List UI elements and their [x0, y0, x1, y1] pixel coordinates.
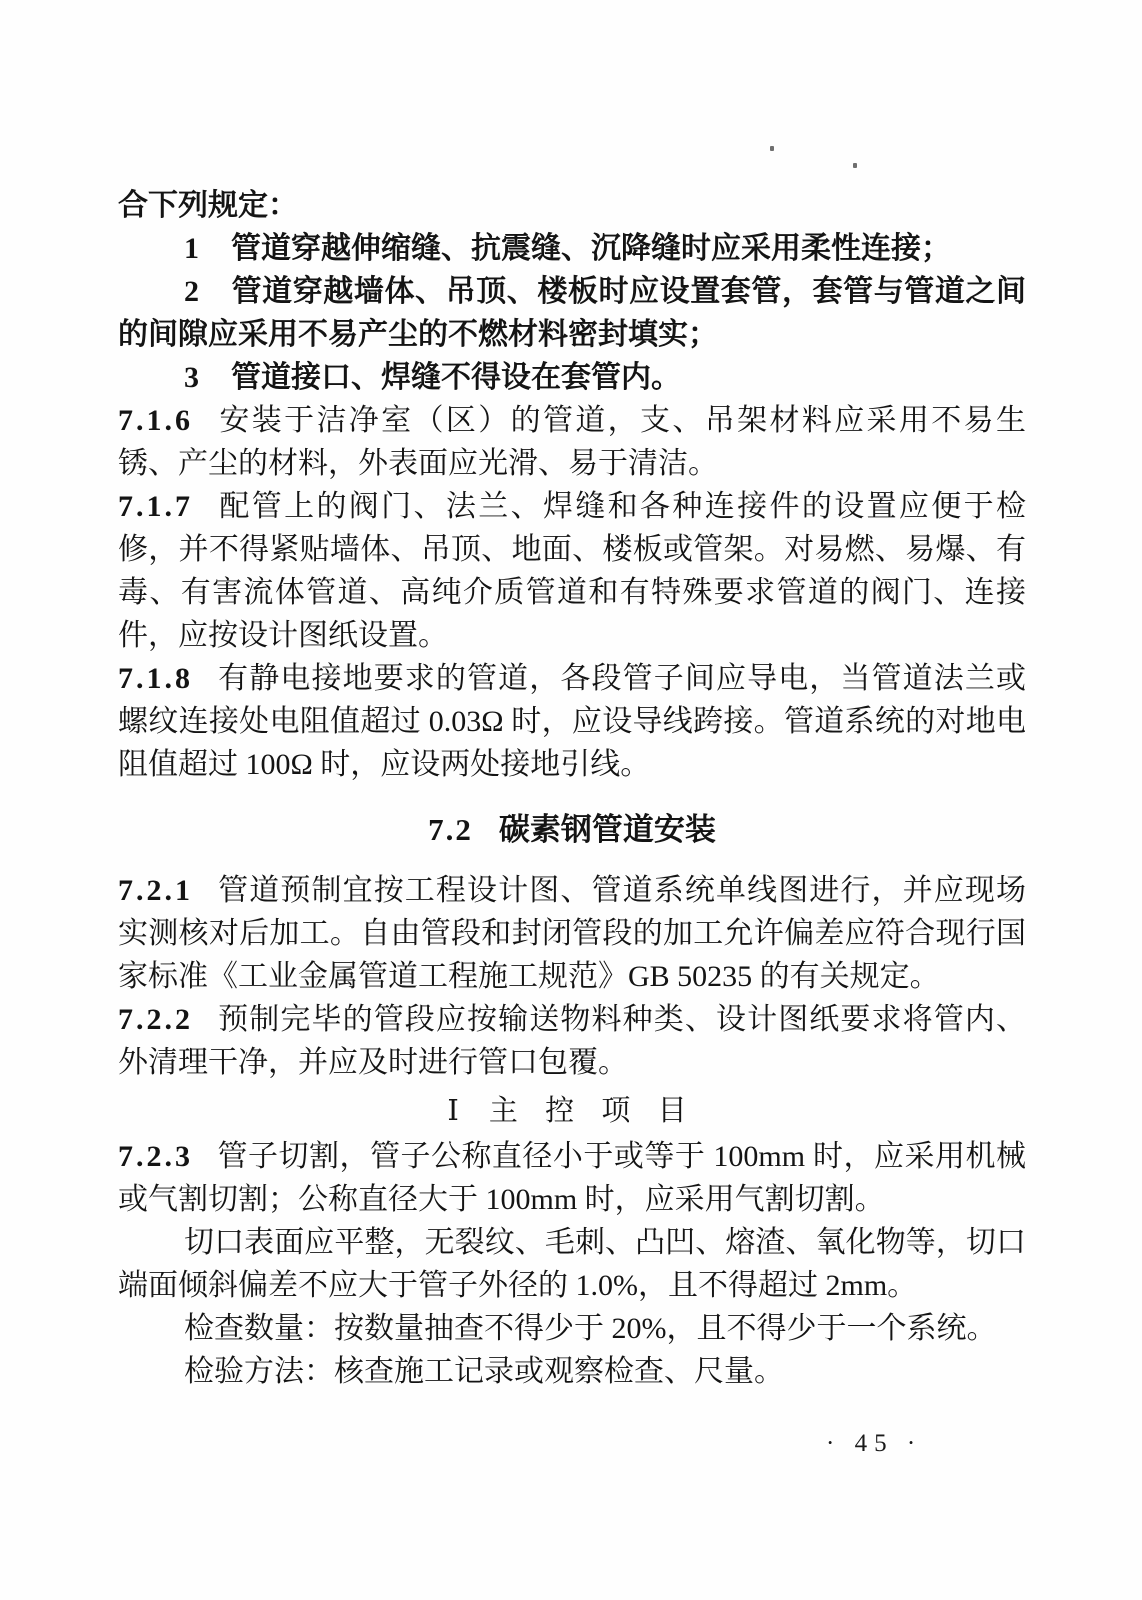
item-text: 管道接口、焊缝不得设在套管内。: [231, 361, 681, 394]
item-number: 1: [184, 232, 199, 265]
list-item-2: 2管道穿越墙体、吊顶、楼板时应设置套管，套管与管道之间的间隙应采用不易产尘的不燃…: [118, 270, 1026, 356]
clause-text: 管道预制宜按工程设计图、管道系统单线图进行，并应现场实测核对后加工。自由管段和封…: [118, 874, 1026, 993]
page-content: 合下列规定： 1管道穿越伸缩缝、抗震缝、沉降缝时应采用柔性连接； 2管道穿越墙体…: [118, 184, 1026, 1393]
paragraph-cut-surface: 切口表面应平整，无裂纹、毛刺、凸凹、熔渣、氧化物等，切口端面倾斜偏差不应大于管子…: [118, 1221, 1026, 1307]
clause-7-1-8: 7.1.8有静电接地要求的管道，各段管子间应导电，当管道法兰或螺纹连接处电阻值超…: [118, 657, 1026, 786]
item-number: 3: [184, 361, 199, 394]
list-item-3: 3管道接口、焊缝不得设在套管内。: [118, 356, 1026, 399]
section-title: 碳素钢管道安装: [499, 812, 716, 847]
clause-7-2-2: 7.2.2预制完毕的管段应按输送物料种类、设计图纸要求将管内、外清理干净，并应及…: [118, 998, 1026, 1084]
clause-7-1-7: 7.1.7配管上的阀门、法兰、焊缝和各种连接件的设置应便于检修，并不得紧贴墙体、…: [118, 485, 1026, 657]
clause-number: 7.2.2: [118, 1003, 193, 1036]
clause-number: 7.2.1: [118, 874, 193, 907]
item-number: 2: [184, 275, 199, 308]
clause-7-2-3: 7.2.3管子切割，管子公称直径小于或等于 100mm 时，应采用机械或气割切割…: [118, 1135, 1026, 1221]
page-number: · 45 ·: [826, 1430, 922, 1458]
clause-number: 7.1.6: [118, 404, 193, 437]
clause-number: 7.1.7: [118, 490, 193, 523]
clause-text: 预制完毕的管段应按输送物料种类、设计图纸要求将管内、外清理干净，并应及时进行管口…: [118, 1003, 1026, 1079]
subsection-marker: Ⅰ主 控 项 目: [118, 1090, 1026, 1133]
roman-numeral: Ⅰ: [447, 1095, 458, 1127]
section-heading-7-2: 7.2碳素钢管道安装: [118, 808, 1026, 851]
section-number: 7.2: [428, 812, 473, 847]
list-item-1: 1管道穿越伸缩缝、抗震缝、沉降缝时应采用柔性连接；: [118, 227, 1026, 270]
item-text: 管道穿越墙体、吊顶、楼板时应设置套管，套管与管道之间的间隙应采用不易产尘的不燃材…: [118, 275, 1026, 351]
clause-continuation-line: 合下列规定：: [118, 184, 1026, 227]
clause-number: 7.1.8: [118, 662, 193, 695]
clause-text: 管子切割，管子公称直径小于或等于 100mm 时，应采用机械或气割切割；公称直径…: [118, 1140, 1026, 1216]
paragraph-inspection-quantity: 检查数量：按数量抽查不得少于 20%，且不得少于一个系统。: [118, 1307, 1026, 1350]
clause-7-1-6: 7.1.6安装于洁净室（区）的管道，支、吊架材料应采用不易生锈、产尘的材料，外表…: [118, 399, 1026, 485]
clause-text: 有静电接地要求的管道，各段管子间应导电，当管道法兰或螺纹连接处电阻值超过 0.0…: [118, 662, 1026, 781]
scan-speck: [770, 146, 774, 151]
subsection-title: 主 控 项 目: [489, 1095, 697, 1127]
paragraph-inspection-method: 检验方法：核查施工记录或观察检查、尺量。: [118, 1350, 1026, 1393]
document-page: 合下列规定： 1管道穿越伸缩缝、抗震缝、沉降缝时应采用柔性连接； 2管道穿越墙体…: [0, 0, 1142, 1600]
clause-7-2-1: 7.2.1管道预制宜按工程设计图、管道系统单线图进行，并应现场实测核对后加工。自…: [118, 869, 1026, 998]
item-text: 管道穿越伸缩缝、抗震缝、沉降缝时应采用柔性连接；: [231, 232, 951, 265]
clause-text: 安装于洁净室（区）的管道，支、吊架材料应采用不易生锈、产尘的材料，外表面应光滑、…: [118, 404, 1026, 480]
clause-text: 配管上的阀门、法兰、焊缝和各种连接件的设置应便于检修，并不得紧贴墙体、吊顶、地面…: [118, 490, 1026, 652]
scan-speck: [853, 163, 857, 168]
clause-number: 7.2.3: [118, 1140, 193, 1173]
